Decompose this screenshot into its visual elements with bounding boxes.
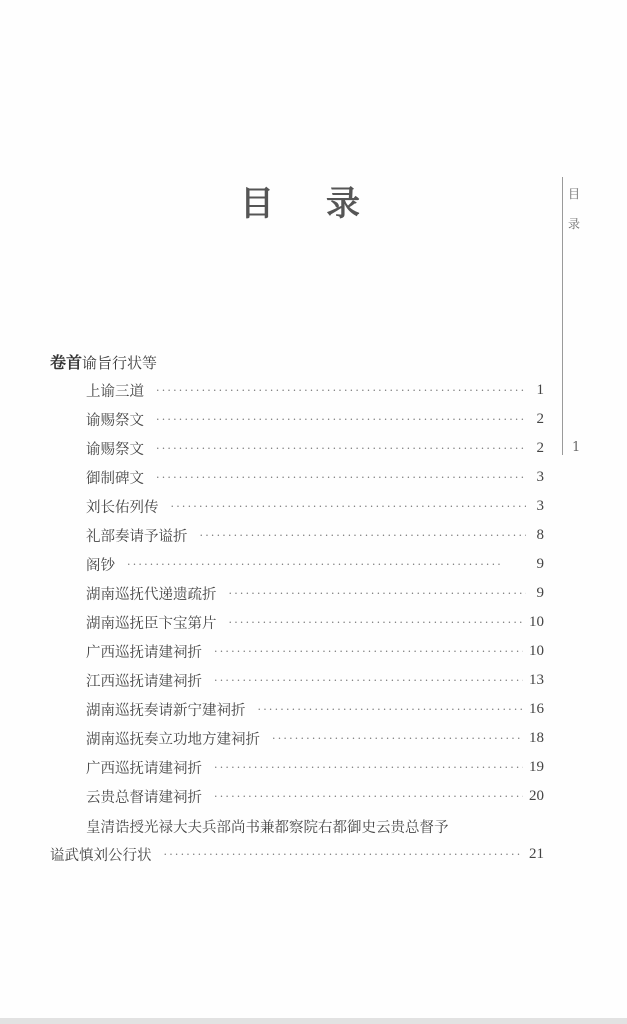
title-char-2: 录 [326,176,360,225]
title-char-1: 目 [240,176,274,225]
toc-entry-label: 湖南巡抚代递遗疏折 [86,583,217,604]
toc-entry[interactable]: 上谕三道 ···································… [86,377,544,403]
toc-entry[interactable]: 云贵总督请建祠折 ·······························… [86,783,544,809]
toc-entry[interactable]: 湖南巡抚臣卞宝第片 ······························… [86,609,544,635]
toc-entry-long-line1[interactable]: 皇清诰授光禄大夫兵部尚书兼都察院右都御史云贵总督予 [86,816,449,837]
leader-dots: ········································… [214,790,523,803]
toc-entry-label: 阁钞 [86,554,115,575]
leader-dots: ········································… [214,645,523,658]
section-heading-bold: 卷首 [50,353,82,372]
toc-entry-page: 21 [529,846,544,863]
toc-entry-page: 1 [532,382,544,399]
toc-entry-page: 9 [532,585,544,602]
toc-entry-label: 湖南巡抚臣卞宝第片 [86,612,217,633]
toc-entry-page: 10 [529,614,544,631]
toc-entry[interactable]: 广西巡抚请建祠折 ·······························… [86,754,544,780]
toc-entry[interactable]: 湖南巡抚代递遗疏折 ······························… [86,580,544,606]
toc-entry-page: 10 [529,643,544,660]
toc-entry-label: 广西巡抚请建祠折 [86,757,202,778]
toc-entry-page: 8 [532,527,544,544]
leader-dots: ········································… [229,616,524,629]
toc-entry-label: 刘长佑列传 [86,496,159,517]
toc-entry[interactable]: 御制碑文 ···································… [86,464,544,490]
leader-dots: ········································… [200,529,527,542]
toc-entry[interactable]: 刘长佑列传 ··································… [86,493,544,519]
section-heading: 卷首谕旨行状等 [50,350,157,373]
document-page: 目录 目 录 1 卷首谕旨行状等 上谕三道 ··················… [0,0,627,1018]
toc-entry-label: 谕赐祭文 [86,409,144,430]
toc-entry-page: 3 [532,498,544,515]
toc-entry[interactable]: 阁钞 ·····································… [86,551,544,577]
page-number: 1 [572,440,580,455]
running-header-char-1: 目 [568,179,582,209]
margin-rule [562,177,563,455]
toc-entry-page: 2 [532,411,544,428]
leader-dots: ········································… [156,413,526,426]
toc-entry-label: 上谕三道 [86,380,144,401]
leader-dots: ········································… [127,558,526,571]
toc-entry[interactable]: 湖南巡抚奏立功地方建祠折 ···························… [86,725,544,751]
toc-entry-page: 18 [529,730,544,747]
leader-dots: ········································… [258,703,524,716]
toc-entry[interactable]: 礼部奏请予谥折 ································… [86,522,544,548]
leader-dots: ········································… [272,732,523,745]
toc-entry-label: 广西巡抚请建祠折 [86,641,202,662]
toc-entry-page: 19 [529,759,544,776]
toc-entry-page: 2 [532,440,544,457]
toc-entry-label: 礼部奏请予谥折 [86,525,188,546]
toc-entry[interactable]: 湖南巡抚奏请新宁建祠折 ····························… [86,696,544,722]
toc-entry-label: 湖南巡抚奏立功地方建祠折 [86,728,260,749]
toc-entry[interactable]: 广西巡抚请建祠折 ·······························… [86,638,544,664]
toc-entry-label: 谕赐祭文 [86,438,144,459]
leader-dots: ········································… [164,848,524,861]
toc-entry-page: 13 [529,672,544,689]
toc-entry-label: 湖南巡抚奏请新宁建祠折 [86,699,246,720]
leader-dots: ········································… [214,674,523,687]
running-header: 目 录 [568,179,582,239]
toc-entry-page: 20 [529,788,544,805]
toc-entry[interactable]: 江西巡抚请建祠折 ·······························… [86,667,544,693]
leader-dots: ········································… [156,442,526,455]
viewer-bottom-edge [0,1018,627,1024]
leader-dots: ········································… [156,384,526,397]
toc-entry-label: 江西巡抚请建祠折 [86,670,202,691]
toc-entry-label: 云贵总督请建祠折 [86,786,202,807]
toc-entry-label: 谥武慎刘公行状 [50,844,152,865]
toc-entry-page: 9 [532,556,544,573]
page-title: 目录 [0,176,600,225]
toc-entry-label: 御制碑文 [86,467,144,488]
leader-dots: ········································… [156,471,526,484]
leader-dots: ········································… [229,587,527,600]
toc-entry-page: 16 [529,701,544,718]
section-heading-rest: 谕旨行状等 [82,354,157,372]
toc-entry[interactable]: 谕赐祭文 ···································… [86,435,544,461]
running-header-char-2: 录 [568,209,582,239]
leader-dots: ········································… [171,500,527,513]
toc-entry-long[interactable]: 谥武慎刘公行状 ································… [50,841,544,867]
toc-entry-page: 3 [532,469,544,486]
toc-entry[interactable]: 谕赐祭文 ···································… [86,406,544,432]
leader-dots: ········································… [214,761,523,774]
